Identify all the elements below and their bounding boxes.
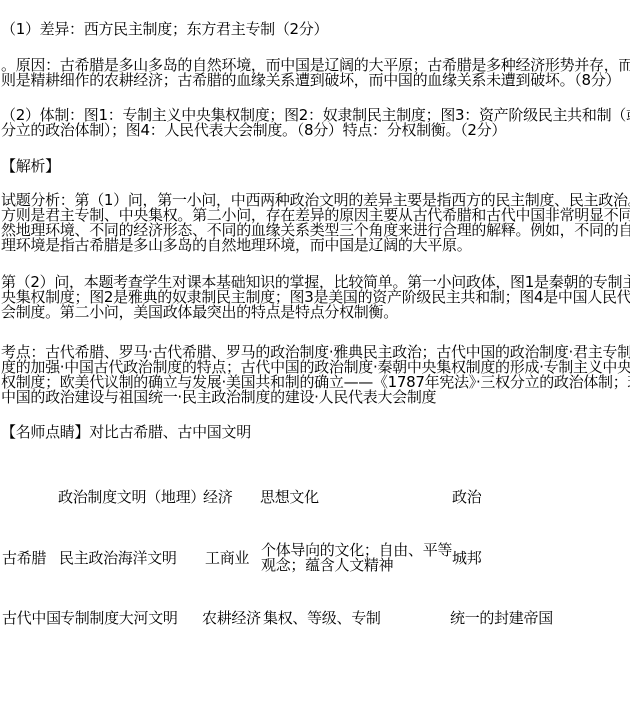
table-header-system-civilization: 政治制度文明（地理） xyxy=(58,489,205,505)
analysis-p1-line-4: 理环境是指古希腊是多山多岛的自然地理环境，而中国是辽阔的大平原。 xyxy=(1,237,471,253)
answer-diff-line: （1）差异：西方民主制度；东方君主专制（2分） xyxy=(1,21,328,37)
analysis-title: 【解析】 xyxy=(1,158,60,174)
answer-reason-line-2: 则是精耕细作的农耕经济；古希腊的血缘关系遭到破坏，而中国的血缘关系未遭到破坏。（… xyxy=(1,72,620,88)
table-header-thought-culture: 思想文化 xyxy=(260,489,319,505)
row-china-culture: 集权、等级、专制 xyxy=(263,610,381,626)
row-greece-system: 民主政治海洋文明 xyxy=(59,550,177,566)
table-header-economy: 经济 xyxy=(203,489,232,505)
row-greece-label: 古希腊 xyxy=(2,550,46,566)
table-header-politics: 政治 xyxy=(452,489,481,505)
row-china-economy: 农耕经济 xyxy=(202,610,261,626)
analysis-p2-line-3: 会制度。第二小问，美国政体最突出的特点是特点分权制衡。 xyxy=(1,304,398,320)
answer-tizhi-line-2: 分立的政治体制）；图4：人民代表大会制度。（8分）特点：分权制衡。（2分） xyxy=(1,122,506,138)
row-greece-culture-line-2: 观念；蕴含人文精神 xyxy=(261,557,393,573)
row-greece-politics: 城邦 xyxy=(452,550,481,566)
answer-explanation-page: （1）差异：西方民主制度；东方君主专制（2分） 。原因：古希腊是多山多岛的自然环… xyxy=(0,0,630,701)
row-china-label: 古代中国 xyxy=(2,610,61,626)
row-greece-economy: 工商业 xyxy=(205,550,249,566)
tips-title: 【名师点睛】对比古希腊、古中国文明 xyxy=(1,424,251,440)
row-china-politics: 统一的封建帝国 xyxy=(450,610,553,626)
kaodian-line-4: 中国的政治建设与祖国统一·民主政治制度的建设·人民代表大会制度 xyxy=(1,389,436,405)
row-china-system: 专制制度大河文明 xyxy=(60,610,178,626)
